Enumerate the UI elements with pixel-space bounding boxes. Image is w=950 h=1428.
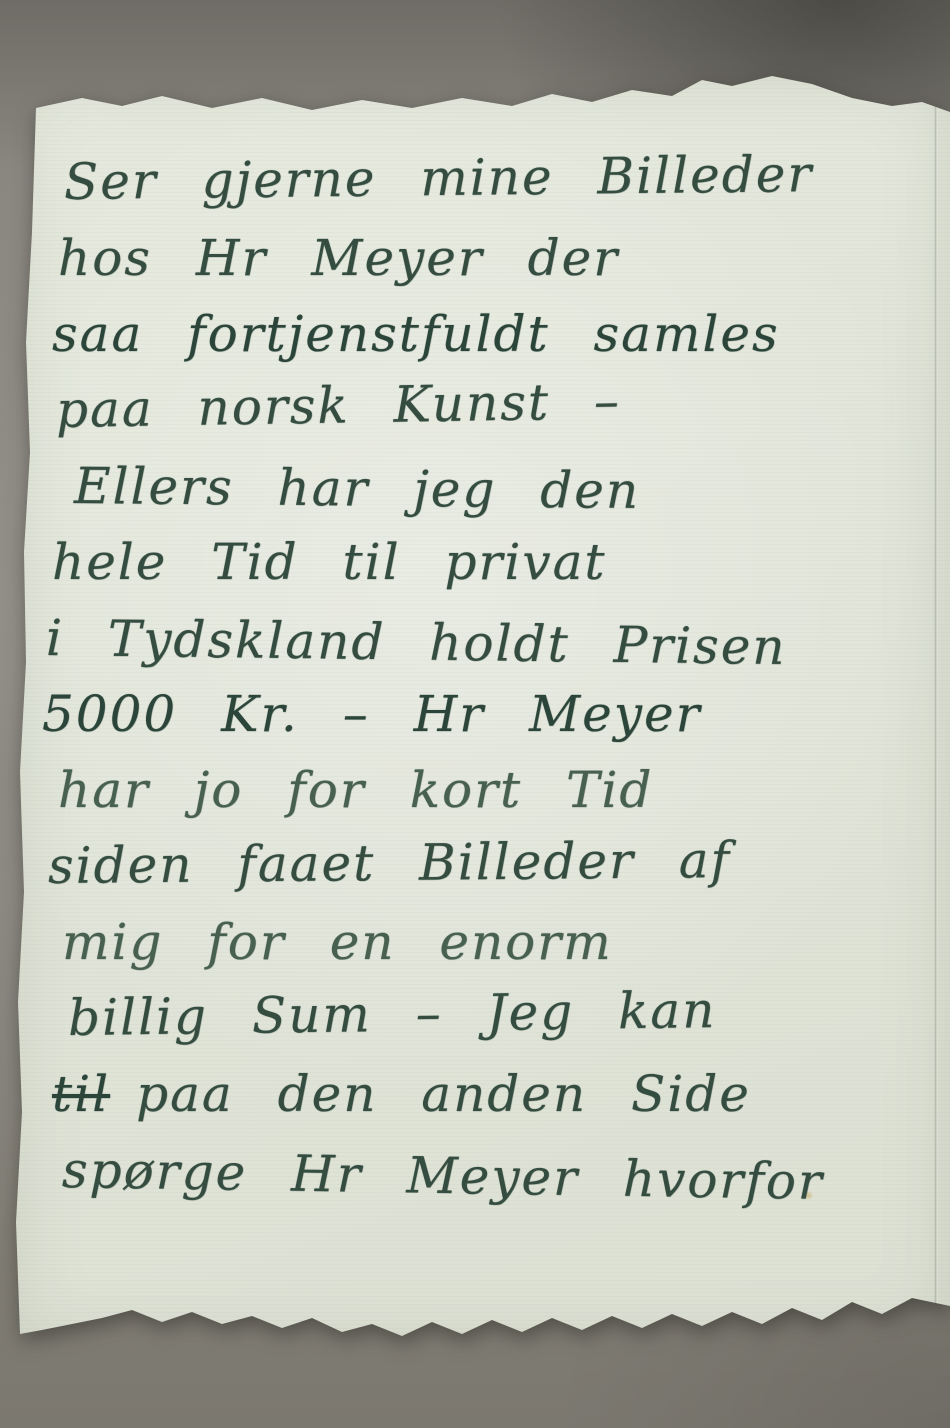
photo-backdrop: Ser gjerne mine Billeder hos Hr Meyer de… [0,0,950,1428]
letter-sheet-shadow: Ser gjerne mine Billeder hos Hr Meyer de… [12,72,950,1348]
struck-out-word: til [52,1065,110,1123]
letter-page: Ser gjerne mine Billeder hos Hr Meyer de… [12,72,950,1348]
handwriting-line-11: mig for en enorm [62,904,950,980]
handwriting-line-4: paa norsk Kunst – [55,358,950,448]
handwriting-line-5: Ellers har jeg den [74,448,950,532]
handwriting-line-8: 5000 Kr. – Hr Meyer [42,676,950,752]
handwriting-line-14: spørge Hr Meyer hvorfor [61,1132,950,1222]
handwriting-line-7: i Tydskland holdt Prisen [46,600,950,687]
handwriting-line-2: hos Hr Meyer der [58,220,950,296]
handwriting-line-13: tilpaa den anden Side [52,1056,950,1132]
handwriting-line-10: siden faaet Billeder af [48,820,950,904]
handwriting-line-9: har jo for kort Tid [58,752,950,828]
handwriting-line-1: Ser gjerne mine Billeder [64,135,950,220]
handwriting-line-12: billig Sum – Jeg kan [68,969,950,1056]
handwriting-block: Ser gjerne mine Billeder hos Hr Meyer de… [12,72,950,1348]
handwriting-line-13-text: paa den anden Side [136,1065,751,1123]
handwriting-line-6: hele Tid til privat [52,524,950,600]
